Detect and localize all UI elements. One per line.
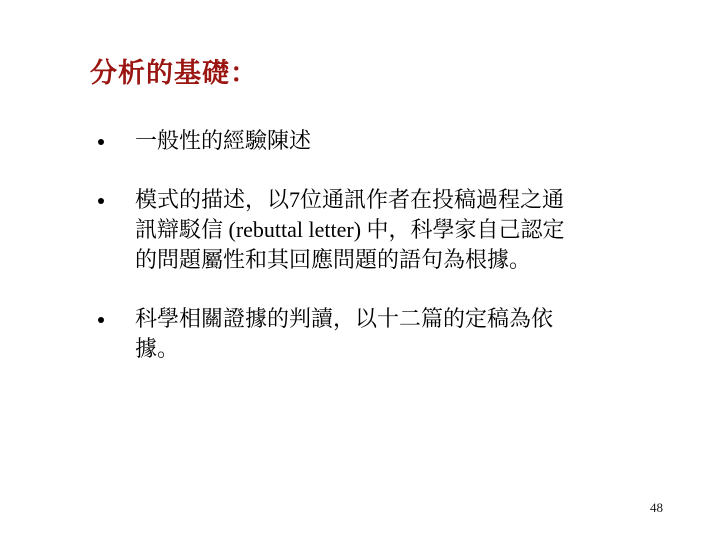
- slide-title: 分析的基礎：: [90, 56, 258, 90]
- page-number: 48: [650, 500, 663, 516]
- bullet-item: 模式的描述，以7位通訊作者在投稿過程之通訊辯駁信 (rebuttal lette…: [97, 185, 577, 275]
- bullet-item: 一般性的經驗陳述: [97, 126, 577, 156]
- presentation-slide: 分析的基礎： 一般性的經驗陳述 模式的描述，以7位通訊作者在投稿過程之通訊辯駁信…: [0, 0, 720, 540]
- bullet-item: 科學相關證據的判讀，以十二篇的定稿為依據。: [97, 304, 577, 364]
- bullet-icon: [97, 185, 135, 215]
- bullet-text: 模式的描述，以7位通訊作者在投稿過程之通訊辯駁信 (rebuttal lette…: [135, 185, 569, 275]
- bullet-icon: [97, 126, 135, 156]
- bullet-icon: [97, 304, 135, 334]
- bullet-text: 一般性的經驗陳述: [135, 126, 569, 156]
- bullet-text: 科學相關證據的判讀，以十二篇的定稿為依據。: [135, 304, 569, 364]
- bullet-list: 一般性的經驗陳述 模式的描述，以7位通訊作者在投稿過程之通訊辯駁信 (rebut…: [97, 126, 577, 393]
